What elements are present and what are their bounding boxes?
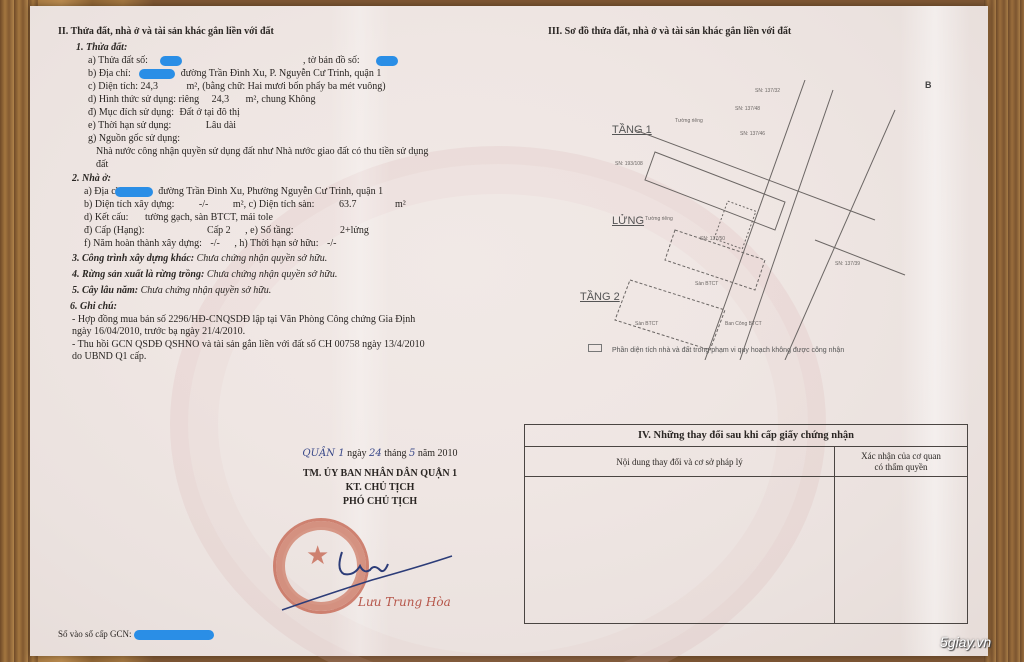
svg-text:Sàn BTCT: Sàn BTCT bbox=[635, 321, 658, 327]
hatched-area-icon bbox=[588, 344, 602, 352]
note-line: ngày 16/04/2010, trước bạ ngày 21/4/2010… bbox=[72, 326, 245, 339]
signer-authority: KT. CHỦ TỊCH bbox=[240, 481, 520, 495]
confirmation-column-header: Xác nhận của cơ quan có thẩm quyền bbox=[835, 447, 968, 477]
note-line: - Thu hồi GCN QSDĐ QSHNO và tài sản gắn … bbox=[72, 339, 425, 352]
changes-table: IV. Những thay đổi sau khi cấp giấy chứn… bbox=[524, 424, 968, 624]
redacted-registry-number bbox=[134, 630, 214, 640]
site-watermark: 5giay.vn bbox=[940, 634, 991, 650]
land-usage-form-row: d) Hình thức sử dụng: riêng 24,3 m², chu… bbox=[88, 94, 316, 107]
svg-text:SN: 193/108: SN: 193/108 bbox=[615, 161, 643, 167]
house-structure-row: d) Kết cấu: tường gạch, sàn BTCT, mái to… bbox=[84, 212, 273, 225]
house-area-row: b) Diện tích xây dựng: -/- m², c) Diện t… bbox=[84, 199, 406, 212]
svg-text:Tường riêng: Tường riêng bbox=[675, 118, 703, 124]
signer-title: PHÓ CHỦ TỊCH bbox=[240, 495, 520, 509]
issuing-authority: TM. ỦY BAN NHÂN DÂN QUẬN 1 bbox=[240, 467, 520, 481]
confirmation-cell-empty bbox=[835, 477, 968, 624]
registry-number-row: Số vào sổ cấp GCN: bbox=[58, 628, 214, 641]
changes-column-header: Nội dung thay đổi và cơ sở pháp lý bbox=[525, 447, 835, 477]
land-parcel-row: a) Thửa đất số: , tờ bản đồ số: bbox=[88, 55, 398, 68]
redacted-house-number bbox=[115, 187, 153, 197]
wood-background-right bbox=[984, 0, 1024, 662]
redacted-parcel-number bbox=[160, 56, 182, 66]
land-origin-label: g) Nguồn gốc sử dụng: bbox=[88, 133, 180, 146]
section-4-title: IV. Những thay đổi sau khi cấp giấy chứn… bbox=[525, 425, 968, 447]
svg-text:SN: 137/46: SN: 137/46 bbox=[740, 131, 765, 137]
svg-text:Sàn BTCT: Sàn BTCT bbox=[695, 281, 718, 287]
diagram-label: SN: 137/32 bbox=[755, 88, 780, 94]
note-line: - Hợp đồng mua bán số 2296/HĐ-CNQSDĐ lập… bbox=[72, 314, 415, 327]
svg-text:SN: 137/50: SN: 137/50 bbox=[700, 236, 725, 242]
perennial-row: 5. Cây lâu năm: Chưa chứng nhận quyền sở… bbox=[72, 285, 271, 298]
house-completion-row: f) Năm hoàn thành xây dựng: -/- , h) Thờ… bbox=[84, 238, 336, 251]
svg-text:SN: 137/48: SN: 137/48 bbox=[735, 106, 760, 112]
redacted-house-number bbox=[139, 69, 175, 79]
other-works-row: 3. Công trình xây dựng khác: Chưa chứng … bbox=[72, 253, 327, 266]
redacted-map-number bbox=[376, 56, 398, 66]
signer-name: Lưu Trung Hòa bbox=[358, 595, 451, 609]
svg-text:Ban Công BTCT: Ban Công BTCT bbox=[725, 321, 762, 327]
land-purpose-row: đ) Mục đích sử dụng: Đất ở tại đô thị bbox=[88, 107, 240, 120]
svg-text:Tường riêng: Tường riêng bbox=[645, 216, 673, 222]
changes-cell-empty bbox=[525, 477, 835, 624]
notes-heading: 6. Ghi chú: bbox=[70, 301, 117, 314]
land-term-row: e) Thời hạn sử dụng: Lâu dài bbox=[88, 120, 236, 133]
diagram-legend: Phần diện tích nhà và đất trong phạm vi … bbox=[588, 344, 844, 354]
land-area-row: c) Diện tích: 24,3 m², (bằng chữ: Hai mư… bbox=[88, 81, 386, 94]
land-address-row: b) Địa chỉ: đường Trần Đình Xu, P. Nguyễ… bbox=[88, 68, 381, 81]
forest-row: 4. Rừng sản xuất là rừng trồng: Chưa chứ… bbox=[72, 269, 337, 282]
issue-date: QUẬN 1 ngày 24 tháng 5 năm 2010 bbox=[240, 448, 520, 461]
land-origin-value: Nhà nước công nhận quyền sử dụng đất như… bbox=[96, 146, 428, 159]
section-2-title: II. Thửa đất, nhà ở và tài sản khác gắn … bbox=[58, 26, 274, 39]
svg-text:SN: 137/39: SN: 137/39 bbox=[835, 261, 860, 267]
house-heading: 2. Nhà ở: bbox=[72, 173, 111, 186]
parcel-diagram: SN: 137/32 SN: 137/48 Tường riêng SN: 13… bbox=[575, 80, 930, 360]
signature-block: QUẬN 1 ngày 24 tháng 5 năm 2010 TM. ỦY B… bbox=[240, 448, 520, 509]
land-heading: 1. Thửa đất: bbox=[76, 42, 127, 55]
note-line: do UBND Q1 cấp. bbox=[72, 351, 146, 364]
house-address-row: a) Địa chỉ: đường Trần Đình Xu, Phường N… bbox=[84, 186, 383, 199]
land-origin-value-cont: đất bbox=[96, 159, 108, 172]
house-grade-row: đ) Cấp (Hạng): Cấp 2 , e) Số tầng: 2+lửn… bbox=[84, 225, 369, 238]
section-3-title: III. Sơ đồ thửa đất, nhà ở và tài sản kh… bbox=[548, 26, 791, 39]
